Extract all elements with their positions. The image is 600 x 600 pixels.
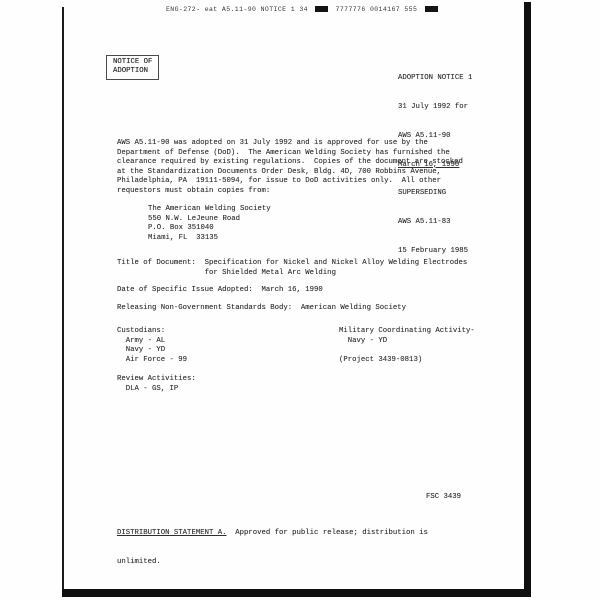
custodians-list: Custodians: Army - AL Navy - YD Air Forc… [117,327,196,394]
aws-address-block: The American Welding Society 550 N.W. Le… [148,205,271,243]
adoption-paragraph: AWS A5.11-90 was adopted on 31 July 1992… [117,139,463,197]
distribution-statement-text: Approved for public release; distributio… [226,529,427,537]
title-of-document: Title of Document: Specification for Nic… [117,259,467,278]
page-bottom-edge-bar [62,589,531,597]
distribution-statement-title: DISTRIBUTION STATEMENT A. [117,529,226,537]
scan-header-code: ENG-272- eat A5.11-90 NOTICE 1 34 777777… [166,6,441,13]
scan-mark-icon [425,6,438,12]
page-right-edge-bar [524,2,531,596]
distribution-statement-line-2: unlimited. [117,558,428,568]
superseded-document-id: AWS A5.11-83 [398,218,472,228]
distribution-statement-line-1: DISTRIBUTION STATEMENT A. Approved for p… [117,529,428,539]
notice-box-line-1: NOTICE OF [113,58,152,67]
scan-code-text-1: ENG-272- eat A5.11-90 NOTICE 1 34 [166,6,308,13]
superseded-date: 15 February 1985 [398,247,472,257]
date-of-issue-adopted: Date of Specific Issue Adopted: March 16… [117,286,323,296]
fsc-code: FSC 3439 [426,493,461,503]
page-left-edge-bar [62,7,64,596]
scan-mark-icon [315,6,328,12]
distribution-statement: DISTRIBUTION STATEMENT A. Approved for p… [117,510,428,587]
adoption-notice-number: ADOPTION NOTICE 1 [398,74,472,84]
adoption-date: 31 July 1992 for [398,103,472,113]
releasing-standards-body: Releasing Non-Government Standards Body:… [117,304,406,314]
military-coordinating-activity: Military Coordinating Activity- Navy - Y… [339,327,475,365]
notice-of-adoption-box: NOTICE OF ADOPTION [106,55,159,80]
notice-box-line-2: ADOPTION [113,67,152,76]
scanned-document-page: ENG-272- eat A5.11-90 NOTICE 1 34 777777… [0,0,600,600]
scan-code-text-2: 7777776 0014167 555 [336,6,418,13]
